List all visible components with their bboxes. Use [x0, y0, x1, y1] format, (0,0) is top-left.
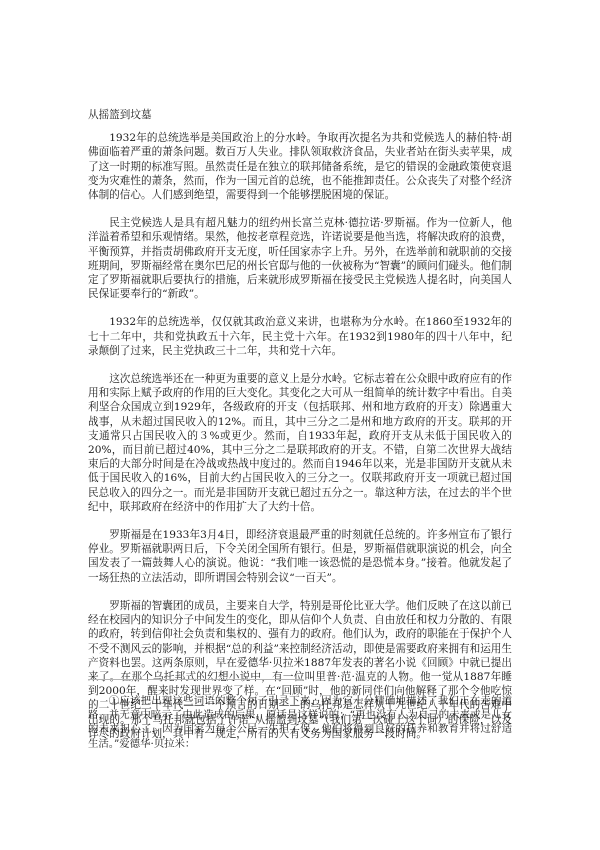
paragraph-2: 民主党候选人是具有超凡魅力的纽约州长富兰克林·德拉诺·罗斯福。作为一位新人，他洋…	[88, 216, 512, 301]
paragraph-1: 1932年的总统选举是美国政治上的分水岭。争取再次提名为共和党候选人的赫伯特·胡…	[88, 131, 512, 202]
paragraph-4: 这次总统选举还在一种更为重要的意义上是分水岭。它标志着在公众眼中政府应有的作用和…	[88, 372, 512, 514]
document-title: 从摇篮到坟墓	[88, 108, 512, 122]
footnote-divider	[88, 679, 303, 680]
footnote: ①应该把出现这些词语的整个句子引录下来，因为它十分精确地描述了我们正在走的道路，…	[88, 694, 512, 751]
paragraph-3: 1932年的总统选举，仅仅就其政治意义来讲，也堪称为分水岭。在1860至1932…	[88, 315, 512, 358]
document-body: 从摇篮到坟墓 1932年的总统选举是美国政治上的分水岭。争取再次提名为共和党候选…	[88, 108, 512, 755]
paragraph-5: 罗斯福是在1933年3月4日，即经济衰退最严重的时刻就任总统的。许多州宣布了银行…	[88, 528, 512, 585]
